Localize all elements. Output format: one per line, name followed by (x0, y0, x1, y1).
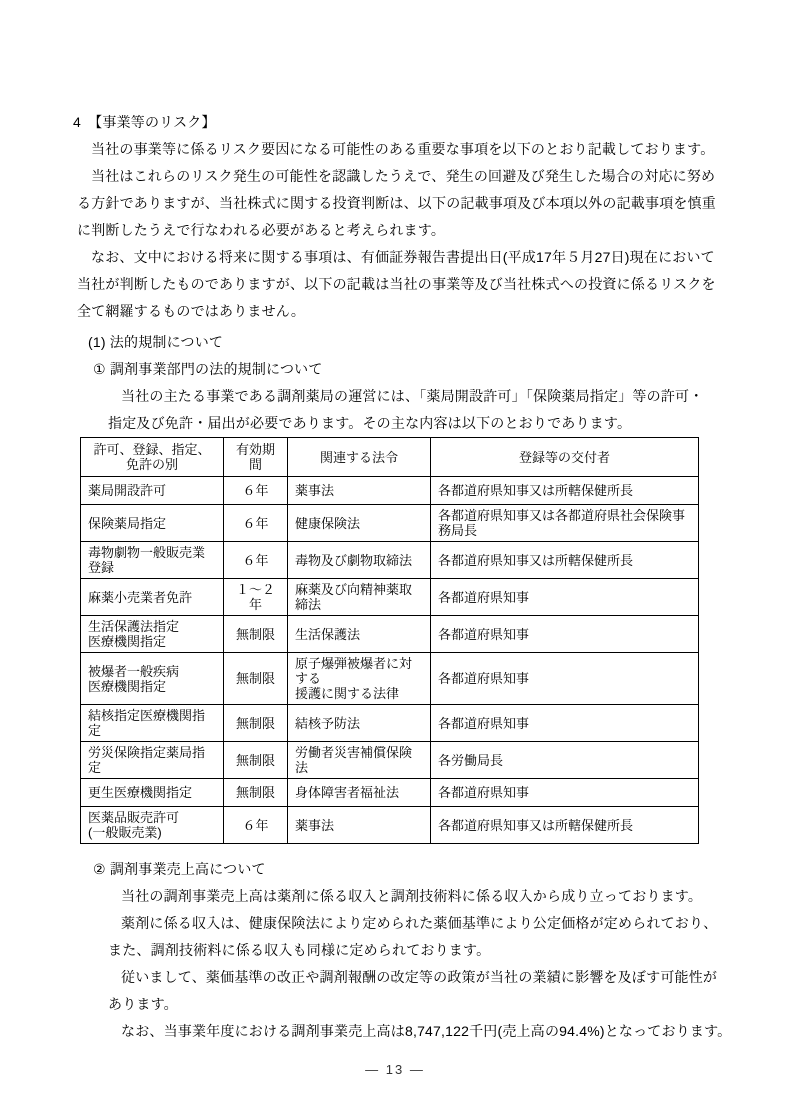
table-header-row: 許可、登録、指定、 免許の別 有効期間 関連する法令 登録等の交付者 (81, 438, 699, 477)
table-cell: 身体障害者福祉法 (288, 779, 431, 807)
paragraph-line: 当社の調剤事業売上高は薬剤に係る収入と調剤技術料に係る収入から成り立っております… (77, 883, 713, 910)
column-header-related-law: 関連する法令 (288, 438, 431, 477)
table-cell: 薬局開設許可 (81, 477, 224, 505)
table-cell: 医薬品販売許可 (一般販売業) (81, 807, 224, 844)
paragraph-line: 当社の主たる事業である調剤薬局の運営には、「薬局開設許可」「保険薬局指定」等の許… (77, 383, 713, 410)
paragraph-line: に判断したうえで行なわれる必要があると考えられます。 (77, 217, 713, 244)
table-cell: 無制限 (224, 653, 288, 705)
paragraph-line: 全て網羅するものではありません。 (77, 298, 713, 325)
table-cell: 各都道府県知事 (431, 779, 699, 807)
section-dispensing-sales: ② 調剤事業売上高について 当社の調剤事業売上高は薬剤に係る収入と調剤技術料に係… (77, 856, 713, 1045)
paragraph-line: 従いまして、薬価基準の改正や調剤報酬の改定等の政策が当社の業績に影響を及ぼす可能… (77, 964, 713, 991)
intro-paragraphs: 当社の事業等に係るリスク要因になる可能性のある重要な事項を以下のとおり記載してお… (77, 136, 713, 325)
page-number: ― 13 ― (0, 1062, 790, 1077)
item-heading-pharmacy-regulation: ① 調剤事業部門の法的規制について (77, 356, 713, 383)
table-cell: 各労働局長 (431, 742, 699, 779)
table-cell: 各都道府県知事 (431, 616, 699, 653)
paragraph-line: なお、当事業年度における調剤事業売上高は8,747,122千円(売上高の94.4… (77, 1018, 713, 1045)
subsection-heading-legal: (1) 法的規制について (77, 329, 713, 356)
document-page: 4 【事業等のリスク】 当社の事業等に係るリスク要因になる可能性のある重要な事項… (0, 0, 790, 1118)
paragraph-line: なお、文中における将来に関する事項は、有価証券報告書提出日(平成17年５月27日… (77, 244, 713, 271)
table-cell: 結核予防法 (288, 705, 431, 742)
table-cell: 各都道府県知事 (431, 579, 699, 616)
paragraph-line: 当社の事業等に係るリスク要因になる可能性のある重要な事項を以下のとおり記載してお… (77, 136, 713, 163)
table-cell: 各都道府県知事又は所轄保健所長 (431, 542, 699, 579)
table-row: 保険薬局指定 ６年 健康保険法 各都道府県知事又は各都道府県社会保険事務局長 (81, 505, 699, 542)
table-row: 薬局開設許可 ６年 薬事法 各都道府県知事又は所轄保健所長 (81, 477, 699, 505)
table-cell: 麻薬小売業者免許 (81, 579, 224, 616)
table-cell: 原子爆弾被爆者に対する 援護に関する法律 (288, 653, 431, 705)
column-header-validity: 有効期間 (224, 438, 288, 477)
paragraph-line: また、調剤技術料に係る収入も同様に定められております。 (77, 937, 713, 964)
table-cell: 毒物劇物一般販売業登録 (81, 542, 224, 579)
table-cell: 薬事法 (288, 807, 431, 844)
table-row: 医薬品販売許可 (一般販売業) ６年 薬事法 各都道府県知事又は所轄保健所長 (81, 807, 699, 844)
paragraph-line: 指定及び免許・届出が必要であります。その主な内容は以下のとおりであります。 (77, 410, 713, 437)
table-cell: 無制限 (224, 705, 288, 742)
table-cell: ６年 (224, 477, 288, 505)
table-cell: 各都道府県知事又は所轄保健所長 (431, 807, 699, 844)
table-cell: 生活保護法指定 医療機関指定 (81, 616, 224, 653)
paragraph-line: る方針でありますが、当社株式に関する投資判断は、以下の記載事項及び本項以外の記載… (77, 190, 713, 217)
table-cell: 各都道府県知事又は所轄保健所長 (431, 477, 699, 505)
table-row: 麻薬小売業者免許 １～２年 麻薬及び向精神薬取締法 各都道府県知事 (81, 579, 699, 616)
table-row: 生活保護法指定 医療機関指定 無制限 生活保護法 各都道府県知事 (81, 616, 699, 653)
table-cell: 薬事法 (288, 477, 431, 505)
table-cell: 無制限 (224, 742, 288, 779)
table-cell: 結核指定医療機関指定 (81, 705, 224, 742)
table-cell: 無制限 (224, 779, 288, 807)
table-cell: 労災保険指定薬局指定 (81, 742, 224, 779)
table-row: 毒物劇物一般販売業登録 ６年 毒物及び劇物取締法 各都道府県知事又は所轄保健所長 (81, 542, 699, 579)
table-row: 被爆者一般疾病 医療機関指定 無制限 原子爆弾被爆者に対する 援護に関する法律 … (81, 653, 699, 705)
table-row: 労災保険指定薬局指定 無制限 労働者災害補償保険法 各労働局長 (81, 742, 699, 779)
section-title: 4 【事業等のリスク】 (73, 109, 713, 136)
table-cell: １～２年 (224, 579, 288, 616)
license-table: 許可、登録、指定、 免許の別 有効期間 関連する法令 登録等の交付者 薬局開設許… (80, 437, 699, 844)
paragraph-line: 薬剤に係る収入は、健康保険法により定められた薬価基準により公定価格が定められてお… (77, 910, 713, 937)
table-cell: 各都道府県知事 (431, 653, 699, 705)
table-cell: 毒物及び劇物取締法 (288, 542, 431, 579)
table-row: 結核指定医療機関指定 無制限 結核予防法 各都道府県知事 (81, 705, 699, 742)
table-cell: 保険薬局指定 (81, 505, 224, 542)
table-cell: ６年 (224, 505, 288, 542)
table-cell: 各都道府県知事又は各都道府県社会保険事務局長 (431, 505, 699, 542)
column-header-issuer: 登録等の交付者 (431, 438, 699, 477)
item-heading-dispensing-sales: ② 調剤事業売上高について (77, 856, 713, 883)
table-cell: 労働者災害補償保険法 (288, 742, 431, 779)
paragraph-line: あります。 (77, 991, 713, 1018)
table-cell: 各都道府県知事 (431, 705, 699, 742)
table-cell: 健康保険法 (288, 505, 431, 542)
table-cell: 麻薬及び向精神薬取締法 (288, 579, 431, 616)
table-cell: 更生医療機関指定 (81, 779, 224, 807)
table-cell: ６年 (224, 807, 288, 844)
table-cell: 生活保護法 (288, 616, 431, 653)
table-cell: ６年 (224, 542, 288, 579)
document-content: 4 【事業等のリスク】 当社の事業等に係るリスク要因になる可能性のある重要な事項… (0, 0, 790, 1045)
section-legal-regulation: (1) 法的規制について ① 調剤事業部門の法的規制について 当社の主たる事業で… (77, 329, 713, 437)
paragraph-line: 当社はこれらのリスク発生の可能性を認識したうえで、発生の回避及び発生した場合の対… (77, 163, 713, 190)
paragraph-line: 当社が判断したものでありますが、以下の記載は当社の事業等及び当社株式への投資に係… (77, 271, 713, 298)
table-cell: 被爆者一般疾病 医療機関指定 (81, 653, 224, 705)
table-cell: 無制限 (224, 616, 288, 653)
table-row: 更生医療機関指定 無制限 身体障害者福祉法 各都道府県知事 (81, 779, 699, 807)
column-header-license-type: 許可、登録、指定、 免許の別 (81, 438, 224, 477)
